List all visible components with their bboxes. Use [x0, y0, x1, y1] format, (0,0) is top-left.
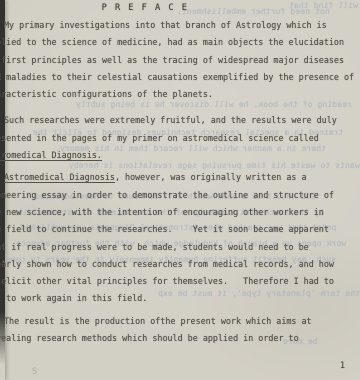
typed-line: revealing research methods which should … [0, 330, 360, 347]
text-segment: to elicit other vital principles for the… [0, 276, 334, 286]
typed-line: clearly shown how to conduct researches … [0, 256, 360, 273]
underlined-text: Astromedical Diagnosis. [0, 150, 102, 160]
page-number: 1 [340, 361, 345, 371]
text-segment: that if real progress were to be made, s… [0, 242, 309, 252]
typed-paragraph: My primary investigations into that bran… [0, 17, 360, 103]
typed-line: Astromedical Diagnosis, however, was ori… [0, 169, 360, 186]
typed-line: Astromedical Diagnosis. [0, 147, 360, 164]
typed-line: that if real progress were to be made, s… [0, 239, 360, 256]
document-page: will find thatnot need further embellish… [0, 0, 360, 380]
stray-mark: S [32, 367, 37, 377]
typed-paragraph: Such researches were extremely fruitful,… [0, 112, 360, 164]
typed-line: set to work again in this field. [0, 290, 360, 307]
showthrough-text: will find that [289, 0, 358, 10]
typed-line: Such researches were extremely fruitful,… [0, 112, 360, 129]
text-segment: pioneering essay in order to demonstrate… [0, 190, 334, 200]
text-segment: characteristic configurations of the pla… [0, 89, 213, 99]
typed-line: applied to the science of medicine, had … [0, 34, 360, 51]
text-segment: , however, was originally written as a [115, 172, 307, 182]
text-segment: My primary investigations into that bran… [4, 20, 327, 30]
text-segment: the new science, with the intention of e… [0, 207, 324, 217]
typed-line: of first principles as well as the traci… [0, 52, 360, 69]
typed-paragraph: The result is the production ofthe prese… [0, 313, 360, 348]
text-segment: of first principles as well as the traci… [0, 55, 344, 65]
typed-line: My primary investigations into that bran… [0, 17, 360, 34]
typed-line: presented in the pages of my primer on a… [0, 130, 360, 147]
typed-line: and maladies to their celestial causatio… [0, 69, 360, 86]
text-segment: clearly shown how to conduct researches … [0, 259, 334, 269]
page-title: P R E F A C E [0, 3, 290, 13]
text-segment: applied to the science of medicine, had … [0, 37, 344, 47]
typed-line: the field to continue the researches. Ye… [0, 221, 360, 238]
text-segment: Such researches were extremely fruitful,… [4, 115, 337, 125]
text-segment: The result is the production ofthe prese… [4, 316, 312, 326]
text-segment: revealing research methods which should … [0, 333, 299, 343]
typed-paragraph: Astromedical Diagnosis, however, was ori… [0, 169, 360, 307]
typed-line: to elicit other vital principles for the… [0, 273, 360, 290]
typed-body: My primary investigations into that bran… [0, 17, 360, 347]
text-segment: and maladies to their celestial causatio… [0, 72, 354, 82]
typed-line: pioneering essay in order to demonstrate… [0, 187, 360, 204]
typed-line: characteristic configurations of the pla… [0, 86, 360, 103]
underlined-text: Astromedical Diagnosis [4, 172, 115, 182]
typed-line: The result is the production ofthe prese… [0, 313, 360, 330]
text-segment: presented in the pages of my primer on a… [0, 133, 319, 143]
text-segment: the field to continue the researches. Ye… [0, 224, 329, 234]
text-segment: set to work again in this field. [0, 293, 147, 303]
typed-line: the new science, with the intention of e… [0, 204, 360, 221]
